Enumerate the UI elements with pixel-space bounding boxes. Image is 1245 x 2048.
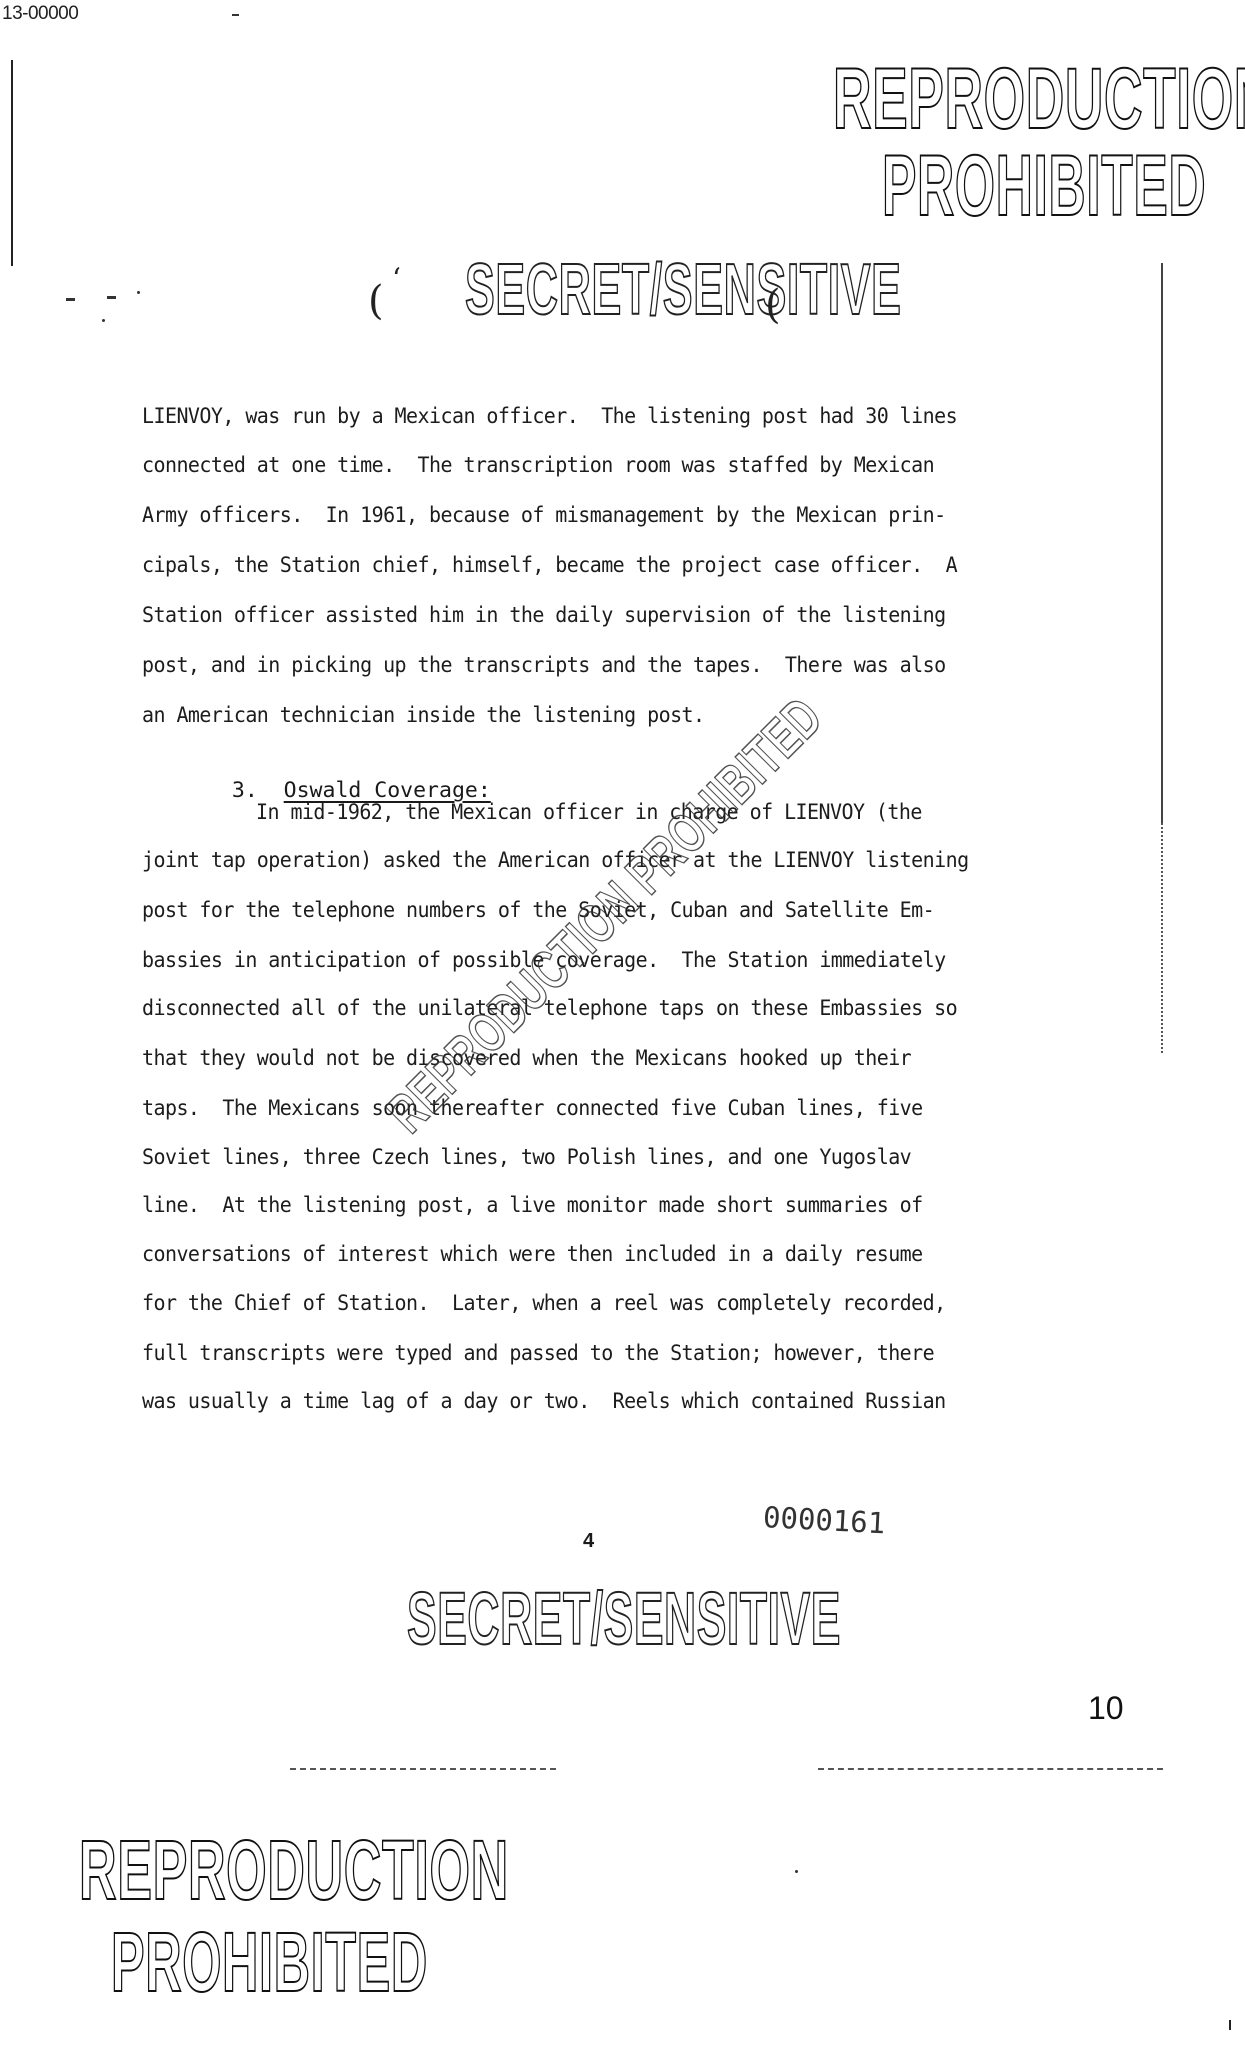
dashed-rule-left [290,1768,556,1770]
document-number: 0000161 [762,1500,886,1540]
classification-header: SECRET/SENSITIVE [465,254,902,326]
text-line: an American technician inside the listen… [142,703,705,729]
text-line: cipals, the Station chief, himself, beca… [142,553,957,579]
speck-mark [102,319,105,322]
text-line: full transcripts were typed and passed t… [142,1341,934,1367]
page-number: 4 [583,1530,594,1553]
reproduction-stamp-bottom-line2: PROHIBITED [111,1920,428,2004]
text-line: connected at one time. The transcription… [142,453,934,479]
text-line: Army officers. In 1961, because of misma… [142,503,946,529]
reproduction-stamp-top-line2: PROHIBITED [882,143,1206,229]
paren-mark: ‘ [392,262,401,295]
classification-footer: SECRET/SENSITIVE [407,1582,841,1656]
dashed-rule-right [818,1768,1163,1770]
text-line: post for the telephone numbers of the So… [142,898,934,924]
paren-mark: ( [765,282,781,328]
text-line: Soviet lines, three Czech lines, two Pol… [142,1145,911,1171]
text-line: conversations of interest which were the… [142,1242,923,1268]
text-line: was usually a time lag of a day or two. … [142,1389,946,1415]
text-line: Station officer assisted him in the dail… [142,603,946,629]
text-line: joint tap operation) asked the American … [142,848,969,874]
document-id: 13-00000 [2,3,78,25]
speck-mark [232,14,239,16]
text-line: In mid-1962, the Mexican officer in char… [256,800,922,826]
margin-line-right [1161,263,1163,823]
reproduction-stamp-bottom-line1: REPRODUCTION [79,1828,509,1912]
section-heading: 3. Oswald Coverage: [206,753,491,803]
speck-mark [137,291,140,294]
speck-mark [1229,2020,1231,2030]
margin-line-right-faded [1161,823,1163,1053]
text-line: that they would not be discovered when t… [142,1046,911,1072]
margin-line-left [11,60,13,266]
section-number: 3. [232,778,258,803]
reproduction-stamp-top-line1: REPRODUCTION [833,56,1245,142]
speck-mark [107,296,116,299]
speck-mark [795,1870,798,1873]
handwritten-page-number: 10 [1088,1690,1124,1727]
speck-mark [66,298,75,301]
text-line: post, and in picking up the transcripts … [142,653,946,679]
text-line: for the Chief of Station. Later, when a … [142,1291,946,1317]
text-line: taps. The Mexicans soon thereafter conne… [142,1096,923,1122]
text-line: line. At the listening post, a live moni… [142,1193,923,1219]
text-line: LIENVOY, was run by a Mexican officer. T… [142,404,957,430]
paren-mark: ( [368,278,384,324]
